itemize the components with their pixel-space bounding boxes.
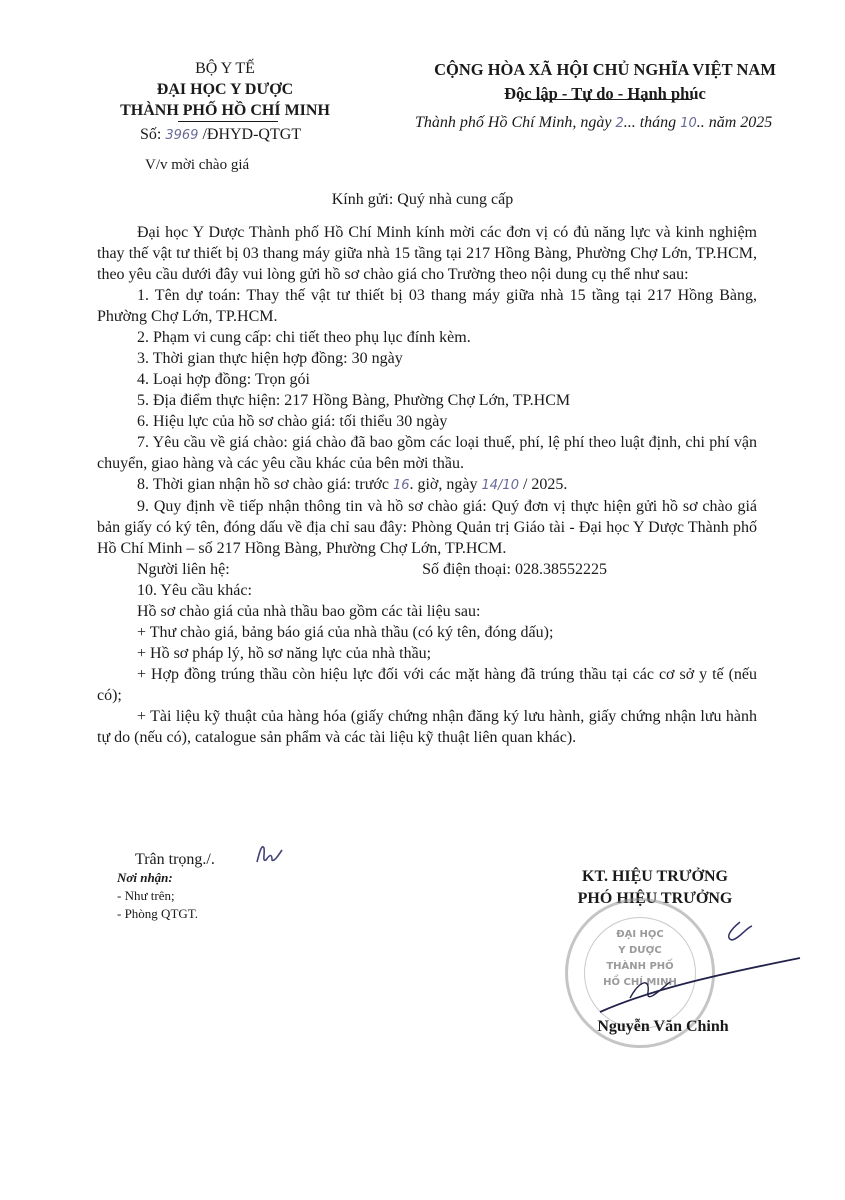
recipients-label: Nơi nhận:	[117, 869, 198, 887]
handwritten-deadline-date: 14/10	[482, 478, 519, 493]
issuer-underline	[178, 121, 278, 122]
national-motto: Độc lập - Tự do - Hạnh phúc	[420, 82, 790, 106]
handwritten-hour: 16	[393, 478, 410, 493]
required-doc: + Thư chào giá, bảng báo giá của nhà thầ…	[97, 622, 757, 643]
country-name: CỘNG HÒA XÃ HỘI CHỦ NGHĨA VIỆT NAM	[420, 58, 790, 82]
closing-remark: Trân trọng./.	[135, 851, 215, 869]
initial-mark-icon	[252, 840, 292, 870]
signer-name: Nguyễn Văn Chinh	[558, 1018, 768, 1036]
item-10-lead: Hồ sơ chào giá của nhà thầu bao gồm các …	[97, 601, 757, 622]
university-name-line2: THÀNH PHỐ HỒ CHÍ MINH	[100, 100, 350, 121]
recipient-item: - Phòng QTGT.	[117, 905, 198, 923]
item-10-title: 10. Yêu cầu khác:	[97, 580, 757, 601]
motto-underline	[520, 99, 692, 100]
handwritten-day: 2	[615, 116, 623, 131]
handwritten-number: 3969	[165, 128, 198, 143]
recipients-block: Nơi nhận: - Như trên; - Phòng QTGT.	[117, 869, 198, 923]
item-5: 5. Địa điểm thực hiện: 217 Hồng Bàng, Ph…	[97, 390, 757, 411]
required-doc: + Hồ sơ pháp lý, hồ sơ năng lực của nhà …	[97, 643, 757, 664]
item-8: 8. Thời gian nhận hồ sơ chào giá: trước …	[97, 474, 757, 496]
contact-row: Người liên hệ: Số điện thoại: 028.385522…	[97, 559, 757, 580]
university-name-line1: ĐẠI HỌC Y DƯỢC	[100, 79, 350, 100]
item-4: 4. Loại hợp đồng: Trọn gói	[97, 369, 757, 390]
salutation: Kính gửi: Quý nhà cung cấp	[0, 191, 845, 209]
required-doc: + Hợp đồng trúng thầu còn hiệu lực đối v…	[97, 664, 757, 706]
recipient-item: - Như trên;	[117, 887, 198, 905]
item-9: 9. Quy định về tiếp nhận thông tin và hồ…	[97, 496, 757, 559]
item-6: 6. Hiệu lực của hồ sơ chào giá: tối thiể…	[97, 411, 757, 432]
issuer-header: BỘ Y TẾ ĐẠI HỌC Y DƯỢC THÀNH PHỐ HỒ CHÍ …	[100, 58, 350, 121]
contact-person-label: Người liên hệ:	[137, 559, 230, 580]
item-7: 7. Yêu cầu về giá chào: giá chào đã bao …	[97, 432, 757, 474]
issue-date: Thành phố Hồ Chí Minh, ngày 2... tháng 1…	[415, 114, 772, 132]
intro-paragraph: Đại học Y Dược Thành phố Hồ Chí Minh kín…	[97, 222, 757, 285]
ministry-name: BỘ Y TẾ	[100, 58, 350, 79]
contact-phone: Số điện thoại: 028.38552225	[422, 559, 607, 580]
handwritten-signature-icon	[590, 920, 820, 1030]
required-doc: + Tài liệu kỹ thuật của hàng hóa (giấy c…	[97, 706, 757, 748]
document-number: Số: 3969 /ĐHYD-QTGT	[140, 126, 301, 144]
handwritten-month: 10	[680, 116, 697, 131]
item-2: 2. Phạm vi cung cấp: chi tiết theo phụ l…	[97, 327, 757, 348]
item-1: 1. Tên dự toán: Thay thế vật tư thiết bị…	[97, 285, 757, 327]
letter-body: Đại học Y Dược Thành phố Hồ Chí Minh kín…	[97, 222, 757, 748]
item-3: 3. Thời gian thực hiện hợp đồng: 30 ngày	[97, 348, 757, 369]
document-subject: V/v mời chào giá	[145, 157, 249, 174]
